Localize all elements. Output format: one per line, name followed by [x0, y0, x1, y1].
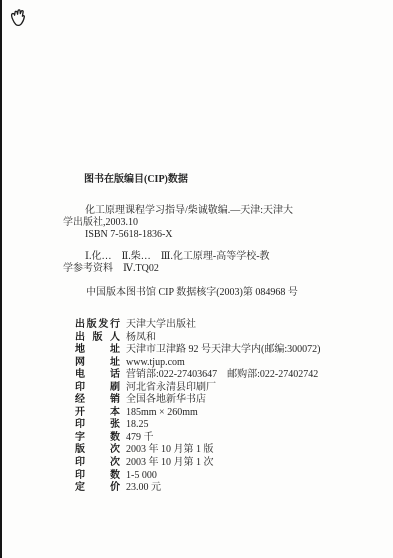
colophon-row: 出版发行天津大学出版社 — [75, 319, 320, 332]
colophon-value: 全国各地新华书店 — [126, 394, 206, 405]
cip-heading: 图书在版编目(CIP)数据 — [84, 174, 188, 186]
colophon-label: 电话 — [75, 369, 120, 382]
colophon-label: 印次 — [75, 457, 120, 470]
colophon-value: 天津大学出版社 — [126, 319, 196, 330]
colophon-block: 出版发行天津大学出版社出版人杨凤和地址天津市卫津路 92 号天津大学内(邮编:3… — [75, 319, 320, 495]
colophon-label: 出版人 — [75, 332, 120, 345]
colophon-label: 版次 — [75, 444, 120, 457]
scan-edge-line — [0, 0, 2, 558]
colophon-row: 地址天津市卫津路 92 号天津大学内(邮编:300072) — [75, 344, 320, 357]
colophon-row: 字数479 千 — [75, 432, 320, 445]
colophon-label: 经销 — [75, 394, 120, 407]
colophon-value: 杨凤和 — [126, 332, 156, 343]
colophon-row: 网址www.tjup.com — [75, 357, 320, 370]
colophon-label: 印刷 — [75, 382, 120, 395]
grab-hand-cursor-icon — [8, 4, 32, 31]
cip-classification-line2: 学参考资料 Ⅳ.TQ02 — [63, 263, 159, 275]
colophon-value: 河北省永清县印刷厂 — [126, 382, 216, 393]
colophon-value: 2003 年 10 月第 1 版 — [126, 444, 214, 455]
colophon-row: 版次2003 年 10 月第 1 版 — [75, 444, 320, 457]
cip-classification-line1: Ⅰ.化… Ⅱ.柴… Ⅲ.化工原理-高等学校-教 — [85, 251, 270, 263]
colophon-value: 1-5 000 — [126, 470, 157, 481]
colophon-label: 定价 — [75, 482, 120, 495]
colophon-row: 印数1-5 000 — [75, 470, 320, 483]
cip-entry-line2: 学出版社,2003.10 — [63, 217, 138, 229]
colophon-label: 印数 — [75, 470, 120, 483]
colophon-label: 印张 — [75, 419, 120, 432]
colophon-row: 印次2003 年 10 月第 1 次 — [75, 457, 320, 470]
colophon-row: 经销全国各地新华书店 — [75, 394, 320, 407]
colophon-label: 出版发行 — [75, 319, 120, 332]
colophon-label: 地址 — [75, 344, 120, 357]
cip-entry-line1: 化工原理课程学习指导/柴诚敬编.—天津:天津大 — [85, 205, 293, 217]
colophon-value: 天津市卫津路 92 号天津大学内(邮编:300072) — [126, 344, 320, 355]
colophon-row: 定价23.00 元 — [75, 482, 320, 495]
colophon-value: 185mm × 260mm — [126, 407, 198, 418]
colophon-label: 网址 — [75, 357, 120, 370]
colophon-value: 18.25 — [126, 419, 149, 430]
cip-record-number: 中国版本图书馆 CIP 数据核字(2003)第 084968 号 — [86, 287, 298, 299]
colophon-row: 印刷河北省永清县印刷厂 — [75, 382, 320, 395]
colophon-row: 电话营销部:022-27403647 邮购部:022-27402742 — [75, 369, 320, 382]
colophon-value: www.tjup.com — [126, 357, 185, 368]
colophon-value: 23.00 元 — [126, 482, 161, 493]
colophon-value: 2003 年 10 月第 1 次 — [126, 457, 214, 468]
colophon-row: 出版人杨凤和 — [75, 332, 320, 345]
colophon-value: 营销部:022-27403647 邮购部:022-27402742 — [126, 369, 318, 380]
colophon-label: 字数 — [75, 432, 120, 445]
colophon-row: 印张18.25 — [75, 419, 320, 432]
colophon-row: 开本185mm × 260mm — [75, 407, 320, 420]
colophon-label: 开本 — [75, 407, 120, 420]
cip-isbn: ISBN 7-5618-1836-X — [85, 229, 173, 241]
colophon-value: 479 千 — [126, 432, 154, 443]
